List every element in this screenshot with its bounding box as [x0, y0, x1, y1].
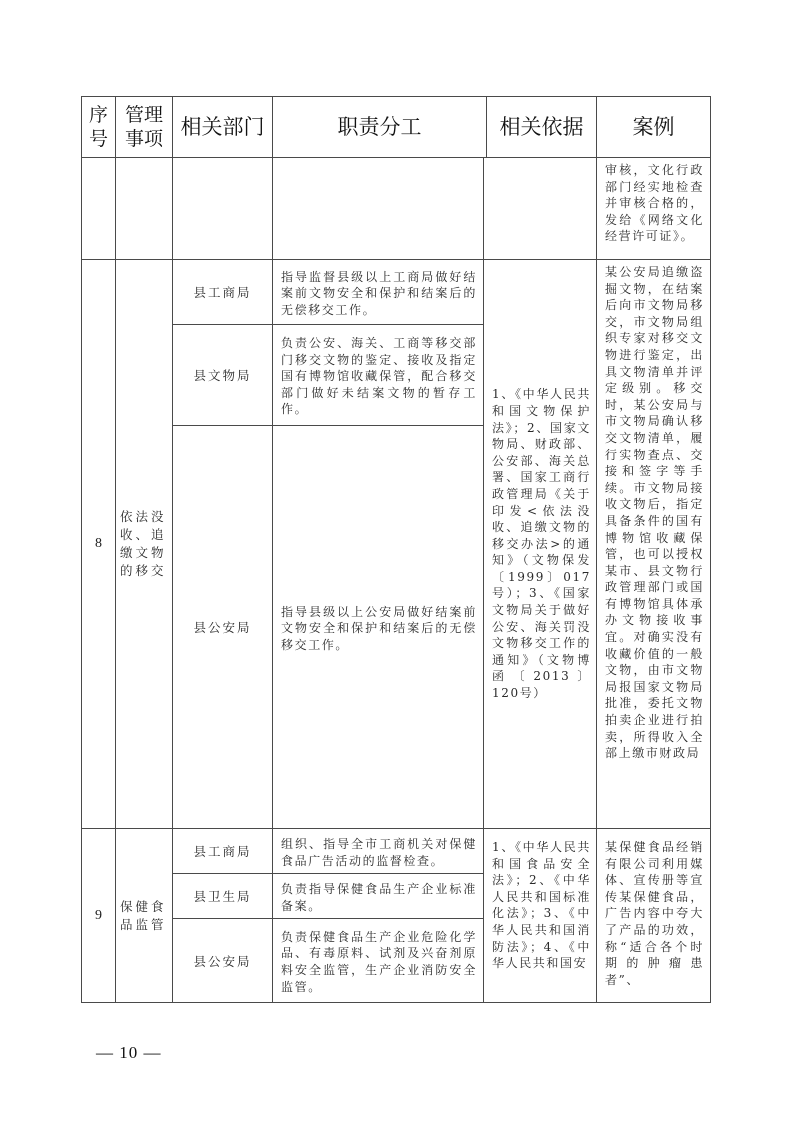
row-9-duty-2-text: 负责指导保健食品生产企业标准备案。	[281, 881, 477, 914]
row-8-item-label: 依法没收、追缴文物的移交	[120, 508, 168, 580]
row-8-duty-2-text: 负责公安、海关、工商等移交部门移交文物的鉴定、接收及指定国有博物馆收藏保管，配合…	[281, 335, 477, 418]
row-8-dept-1: 县工商局	[173, 260, 272, 324]
header-item-line1: 管理	[125, 103, 163, 127]
header-duty: 职责分工	[273, 97, 486, 157]
row-9-duty-1-text: 组织、指导全市工商机关对保健食品广告活动的监督检查。	[281, 836, 477, 869]
page-number: — 10 —	[96, 1043, 162, 1063]
header-item-line2: 事项	[125, 127, 163, 151]
row-9-duty-3-text: 负责保健食品生产企业危险化学品、有毒原料、试剂及兴奋剂原料安全监管，生产企业消防…	[281, 929, 477, 995]
row-9-item-label: 保健食品监管	[120, 898, 168, 934]
row-8-dept-3: 县公安局	[173, 426, 272, 828]
row-8-duty-1-text: 指导监督县级以上工商局做好结案前文物安全和保护和结案后的无偿移交工作。	[281, 269, 477, 319]
row-9-basis-text: 1、《中华人民共和国食品安全法》；2、《中华人民共和国标准化法》；3、《中华人民…	[492, 839, 591, 972]
row-8-duty-3: 指导县级以上公安局做好结案前文物安全和保护和结案后的无偿移交工作。	[273, 426, 483, 828]
row-8-duty-3-text: 指导县级以上公安局做好结案前文物安全和保护和结案后的无偿移交工作。	[281, 604, 477, 654]
table-border-right	[710, 96, 711, 1003]
header-seq-line2: 号	[89, 127, 108, 151]
row-9-dept-3: 县公安局	[173, 919, 272, 1002]
row-9-case: 某保健食品经销有限公司利用媒体、宣传册等宣传某保健食品，广告内容中夸大了产品的功…	[597, 829, 710, 1002]
row-8-dept-2: 县文物局	[173, 325, 272, 425]
row-8-basis: 1、《中华人民共和国文物保护法》；2、国家文物局、财政部、公安部、海关总署、国家…	[484, 260, 596, 828]
header-basis: 相关依据	[487, 97, 596, 157]
row-9-duty-2: 负责指导保健食品生产企业标准备案。	[273, 874, 483, 918]
row-9-dept-2: 县卫生局	[173, 874, 272, 918]
row-9-item: 保健食品监管	[116, 829, 172, 1002]
header-department: 相关部门	[173, 97, 272, 157]
row-9-dept-1: 县工商局	[173, 829, 272, 873]
row-8-duty-1: 指导监督县级以上工商局做好结案前文物安全和保护和结案后的无偿移交工作。	[273, 260, 483, 324]
row-9-basis: 1、《中华人民共和国食品安全法》；2、《中华人民共和国标准化法》；3、《中华人民…	[484, 829, 596, 1002]
header-seq-line1: 序	[89, 103, 108, 127]
row-9-seq: 9	[82, 829, 115, 1002]
table-border-bottom	[81, 1002, 711, 1003]
row-8-seq: 8	[82, 260, 115, 828]
row-8-case: 某公安局追缴盗掘文物，在结案后向市文物局移交，市文物局组织专家对移交文物进行鉴定…	[597, 260, 710, 828]
row-9-duty-3: 负责保健食品生产企业危险化学品、有毒原料、试剂及兴奋剂原料安全监管，生产企业消防…	[273, 919, 483, 1002]
document-page: 序 号 管理 事项 相关部门 职责分工 相关依据 案例 审核，文化行政部门经实地…	[0, 0, 793, 1122]
header-seq: 序 号	[82, 97, 115, 157]
header-case: 案例	[597, 97, 710, 157]
header-item: 管理 事项	[116, 97, 172, 157]
row-8-item: 依法没收、追缴文物的移交	[116, 260, 172, 828]
row-9-duty-1: 组织、指导全市工商机关对保健食品广告活动的监督检查。	[273, 829, 483, 873]
row-8-basis-text: 1、《中华人民共和国文物保护法》；2、国家文物局、财政部、公安部、海关总署、国家…	[492, 386, 591, 701]
row-8-duty-2: 负责公安、海关、工商等移交部门移交文物的鉴定、接收及指定国有博物馆收藏保管，配合…	[273, 325, 483, 425]
continued-case-cell: 审核，文化行政部门经实地检查并审核合格的，发给《网络文化经营许可证》。	[597, 158, 710, 259]
